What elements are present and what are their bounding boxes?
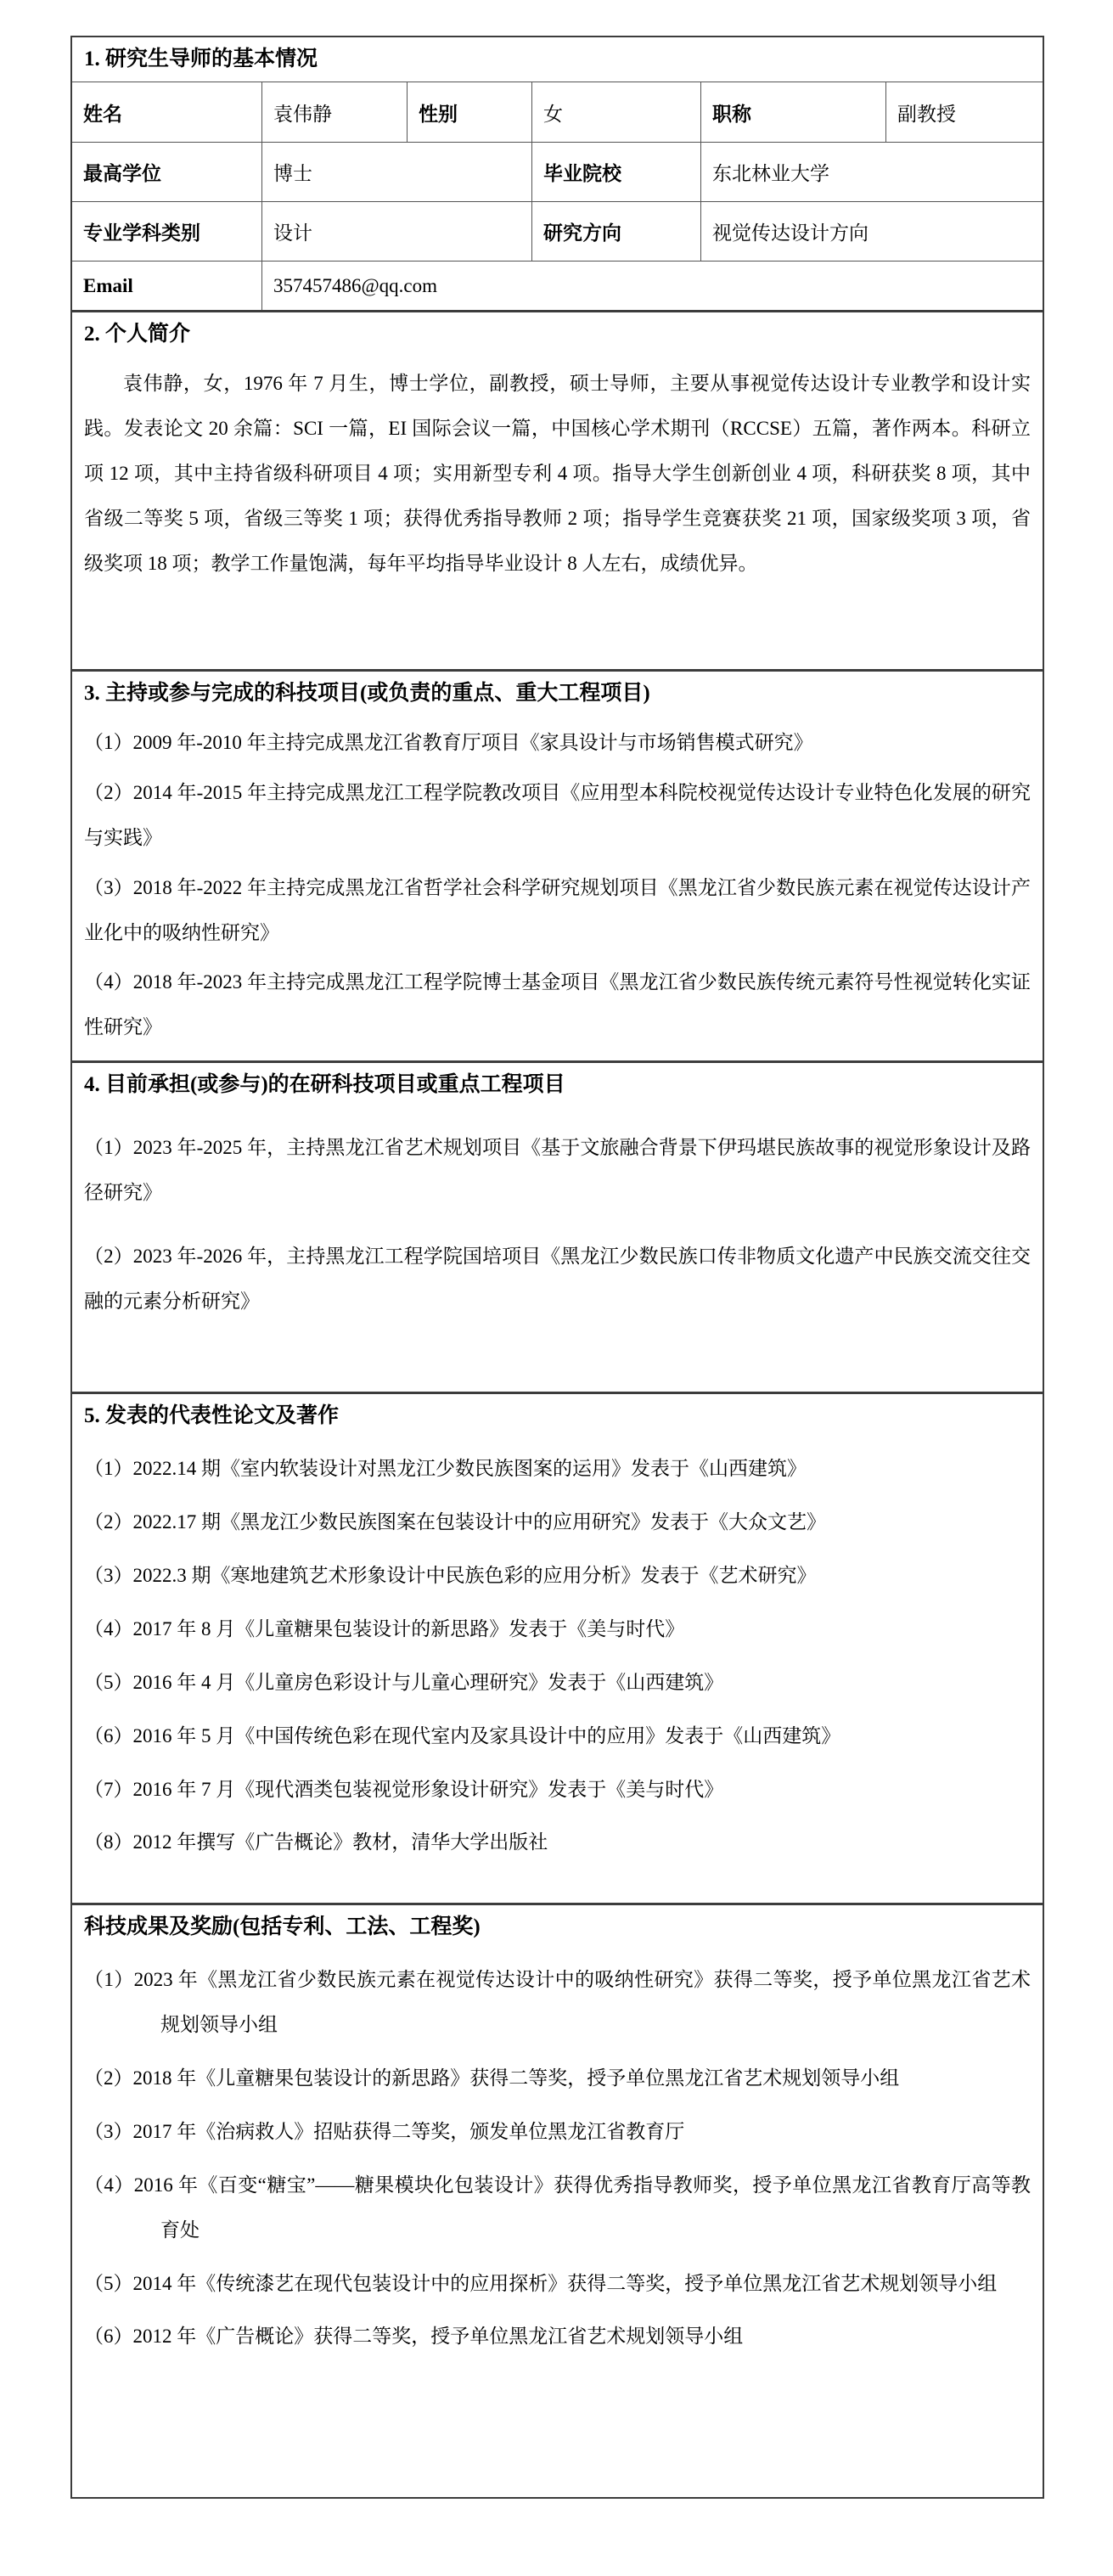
gender-value: 女 bbox=[531, 82, 700, 142]
list-item: （2）2014 年-2015 年主持完成黑龙江工程学院教改项目《应用型本科院校视… bbox=[72, 771, 1043, 861]
list-item: （3）2017 年《治病救人》招贴获得二等奖，颁发单位黑龙江省教育厅 bbox=[72, 2110, 1043, 2155]
list-item: （4）2017 年 8 月《儿童糖果包装设计的新思路》发表于《美与时代》 bbox=[72, 1607, 1043, 1652]
title-value: 副教授 bbox=[885, 82, 1043, 142]
section2-title: 2. 个人简介 bbox=[72, 312, 1043, 357]
list-item: （1）2023 年《黑龙江省少数民族元素在视觉传达设计中的吸纳性研究》获得二等奖… bbox=[72, 1958, 1043, 2048]
list-item: （8）2012 年撰写《广告概论》教材，清华大学出版社 bbox=[72, 1820, 1043, 1865]
email-value: 357457486@qq.com bbox=[261, 261, 1043, 310]
advisor-info-form: 1. 研究生导师的基本情况 姓名 袁伟静 性别 女 职称 副教授 最高学位 博士… bbox=[70, 36, 1044, 2499]
list-item: （6）2016 年 5 月《中国传统色彩在现代室内及家具设计中的应用》发表于《山… bbox=[72, 1714, 1043, 1759]
list-item: （2）2023 年-2026 年，主持黑龙江工程学院国培项目《黑龙江少数民族口传… bbox=[72, 1235, 1043, 1325]
list-item: （3）2022.3 期《寒地建筑艺术形象设计中民族色彩的应用分析》发表于《艺术研… bbox=[72, 1554, 1043, 1599]
profile-paragraph: 袁伟静，女，1976 年 7 月生，博士学位，副教授，硕士导师，主要从事视觉传达… bbox=[72, 362, 1043, 586]
document-page: { "theme":{ "background":"#ffffff", "tex… bbox=[0, 0, 1113, 2576]
completed-projects-list: （1）2009 年-2010 年主持完成黑龙江省教育厅项目《家具设计与市场销售模… bbox=[72, 721, 1043, 1050]
awards-list: （1）2023 年《黑龙江省少数民族元素在视觉传达设计中的吸纳性研究》获得二等奖… bbox=[72, 1958, 1043, 2359]
section-completed-projects: 3. 主持或参与完成的科技项目(或负责的重点、重大工程项目) （1）2009 年… bbox=[72, 669, 1043, 1060]
research-value: 视觉传达设计方向 bbox=[700, 201, 1043, 261]
name-label: 姓名 bbox=[72, 82, 261, 142]
current-projects-list: （1）2023 年-2025 年，主持黑龙江省艺术规划项目《基于文旅融合背景下伊… bbox=[72, 1126, 1043, 1325]
section4-title: 4. 目前承担(或参与)的在研科技项目或重点工程项目 bbox=[72, 1063, 1043, 1107]
list-item: （4）2018 年-2023 年主持完成黑龙江工程学院博士基金项目《黑龙江省少数… bbox=[72, 960, 1043, 1050]
discipline-value: 设计 bbox=[261, 201, 531, 261]
school-value: 东北林业大学 bbox=[700, 142, 1043, 201]
list-item: （3）2018 年-2022 年主持完成黑龙江省哲学社会科学研究规划项目《黑龙江… bbox=[72, 866, 1043, 956]
title-label: 职称 bbox=[700, 82, 885, 142]
school-label: 毕业院校 bbox=[531, 142, 700, 201]
basic-info-table: 姓名 袁伟静 性别 女 职称 副教授 最高学位 博士 毕业院校 东北林业大学 专… bbox=[72, 82, 1043, 310]
list-item: （4）2016 年《百变“糖宝”——糖果模块化包装设计》获得优秀指导教师奖，授予… bbox=[72, 2163, 1043, 2253]
section3-title: 3. 主持或参与完成的科技项目(或负责的重点、重大工程项目) bbox=[72, 672, 1043, 716]
email-label: Email bbox=[72, 261, 261, 310]
section-awards: 科技成果及奖励(包括专利、工法、工程奖) （1）2023 年《黑龙江省少数民族元… bbox=[72, 1903, 1043, 2497]
research-label: 研究方向 bbox=[531, 201, 700, 261]
section-publications: 5. 发表的代表性论文及著作 （1）2022.14 期《室内软装设计对黑龙江少数… bbox=[72, 1392, 1043, 1903]
list-item: （2）2022.17 期《黑龙江少数民族图案在包装设计中的应用研究》发表于《大众… bbox=[72, 1500, 1043, 1545]
section6-title: 科技成果及奖励(包括专利、工法、工程奖) bbox=[72, 1905, 1043, 1949]
degree-label: 最高学位 bbox=[72, 142, 261, 201]
degree-value: 博士 bbox=[261, 142, 531, 201]
list-item: （1）2009 年-2010 年主持完成黑龙江省教育厅项目《家具设计与市场销售模… bbox=[72, 721, 1043, 766]
list-item: （1）2022.14 期《室内软装设计对黑龙江少数民族图案的运用》发表于《山西建… bbox=[72, 1447, 1043, 1492]
gender-label: 性别 bbox=[407, 82, 531, 142]
list-item: （5）2014 年《传统漆艺在现代包装设计中的应用探析》获得二等奖，授予单位黑龙… bbox=[72, 2262, 1043, 2307]
publications-list: （1）2022.14 期《室内软装设计对黑龙江少数民族图案的运用》发表于《山西建… bbox=[72, 1447, 1043, 1865]
section1-title: 1. 研究生导师的基本情况 bbox=[72, 37, 1043, 82]
section-current-projects: 4. 目前承担(或参与)的在研科技项目或重点工程项目 （1）2023 年-202… bbox=[72, 1060, 1043, 1392]
section-profile: 2. 个人简介 袁伟静，女，1976 年 7 月生，博士学位，副教授，硕士导师，… bbox=[72, 310, 1043, 669]
section-basic-info: 1. 研究生导师的基本情况 姓名 袁伟静 性别 女 职称 副教授 最高学位 博士… bbox=[72, 37, 1043, 310]
name-value: 袁伟静 bbox=[261, 82, 407, 142]
list-item: （6）2012 年《广告概论》获得二等奖，授予单位黑龙江省艺术规划领导小组 bbox=[72, 2314, 1043, 2359]
discipline-label: 专业学科类别 bbox=[72, 201, 261, 261]
list-item: （1）2023 年-2025 年，主持黑龙江省艺术规划项目《基于文旅融合背景下伊… bbox=[72, 1126, 1043, 1216]
list-item: （7）2016 年 7 月《现代酒类包装视觉形象设计研究》发表于《美与时代》 bbox=[72, 1768, 1043, 1813]
list-item: （5）2016 年 4 月《儿童房色彩设计与儿童心理研究》发表于《山西建筑》 bbox=[72, 1661, 1043, 1706]
list-item: （2）2018 年《儿童糖果包装设计的新思路》获得二等奖，授予单位黑龙江省艺术规… bbox=[72, 2056, 1043, 2101]
section5-title: 5. 发表的代表性论文及著作 bbox=[72, 1394, 1043, 1438]
